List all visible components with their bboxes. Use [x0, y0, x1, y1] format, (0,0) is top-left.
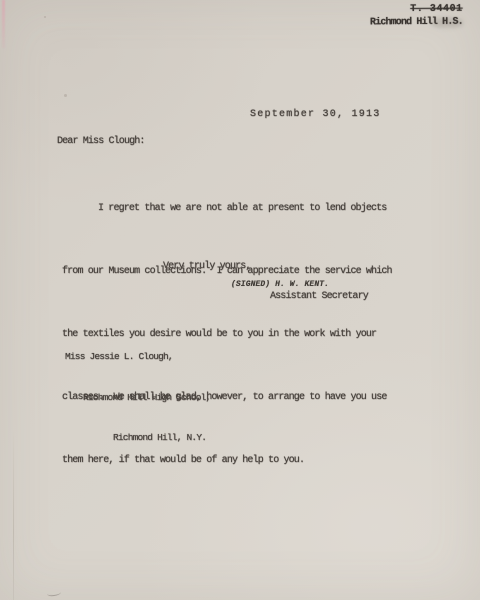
- recipient-address: Miss Jessie L. Clough, Richmond Hill Hig…: [65, 323, 210, 472]
- ink-smudge: [431, 18, 463, 28]
- stamp-block: T. 34401 Richmond Hill H.S.: [370, 3, 463, 30]
- salutation: Dear Miss Clough:: [57, 136, 145, 147]
- body-line: I regret that we are not able at present…: [62, 198, 392, 219]
- pencil-mark: [47, 589, 62, 596]
- paper-crease: [13, 430, 14, 600]
- letter-date: September 30, 1913: [250, 109, 381, 120]
- closing-line: Very truly yours,: [163, 261, 251, 272]
- scanned-letter-page: T. 34401 Richmond Hill H.S. September 30…: [0, 0, 480, 600]
- signature-line: (SIGNED) H. W. KENT.: [231, 280, 329, 289]
- paper-speck: [64, 94, 67, 97]
- accession-number: T. 34401: [370, 3, 463, 17]
- scan-edge-artifact: [2, 0, 5, 48]
- recipient-name: Miss Jessie L. Clough,: [65, 350, 210, 364]
- recipient-city: Richmond Hill, N.Y.: [65, 431, 210, 445]
- recipient-school: Richmond Hill High School,: [65, 391, 210, 405]
- paper-speck: [44, 16, 46, 18]
- signer-title: Assistant Secretary: [270, 291, 368, 302]
